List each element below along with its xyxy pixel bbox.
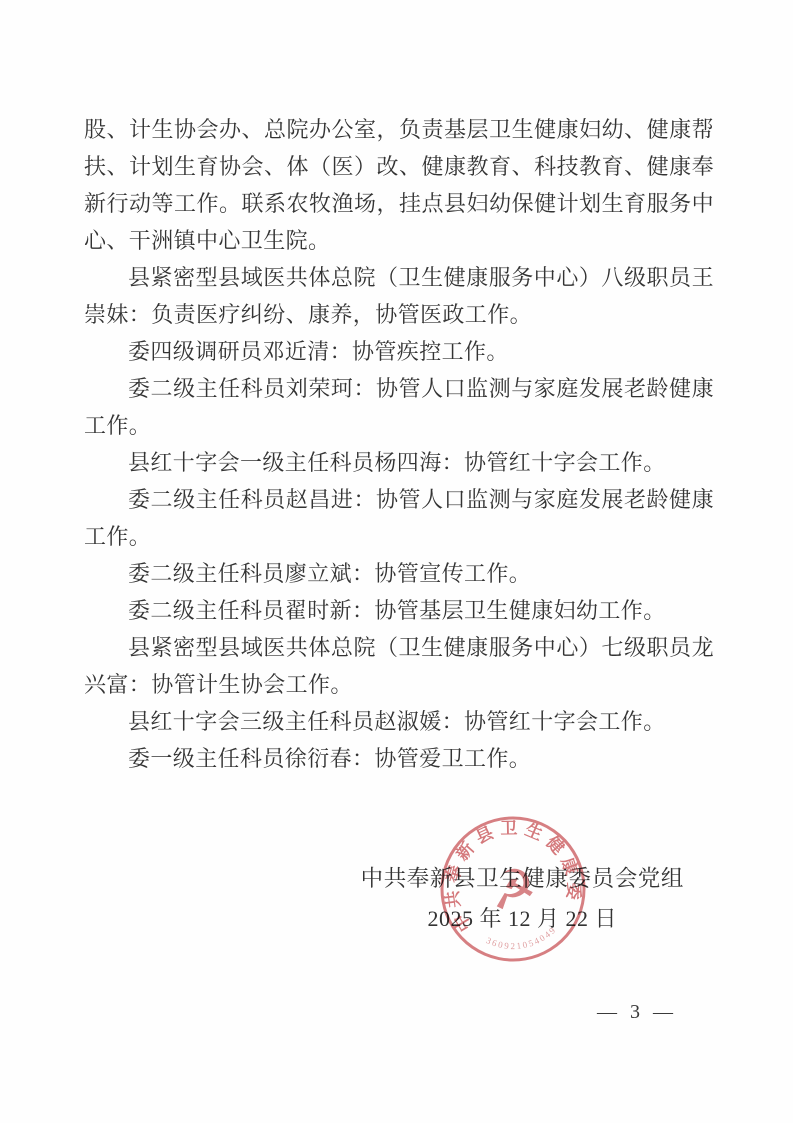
paragraph: 县紧密型县域医共体总院（卫生健康服务中心）八级职员王崇妹：负责医疗纠纷、康养，协…	[84, 259, 714, 333]
paragraph: 委二级主任科员赵昌进：协管人口监测与家庭发展老龄健康工作。	[84, 481, 714, 555]
signature-block: 中共奉新县卫生健康委员会党组 2025 年 12 月 22 日	[361, 861, 684, 933]
paragraph: 委一级主任科员徐衍春：协管爱卫工作。	[84, 740, 714, 777]
paragraph: 县红十字会一级主任科员杨四海：协管红十字会工作。	[84, 444, 714, 481]
paragraph: 股、计生协会办、总院办公室，负责基层卫生健康妇幼、健康帮扶、计划生育协会、体（医…	[84, 111, 714, 259]
signature-org: 中共奉新县卫生健康委员会党组	[361, 861, 684, 893]
paragraph: 县紧密型县域医共体总院（卫生健康服务中心）七级职员龙兴富：协管计生协会工作。	[84, 629, 714, 703]
signature-date: 2025 年 12 月 22 日	[361, 902, 684, 933]
paragraph: 委二级主任科员刘荣珂：协管人口监测与家庭发展老龄健康工作。	[84, 370, 714, 444]
paragraph: 委二级主任科员廖立斌：协管宣传工作。	[84, 555, 714, 592]
document-page: 股、计生协会办、总院办公室，负责基层卫生健康妇幼、健康帮扶、计划生育协会、体（医…	[0, 0, 793, 1123]
page-number: — 3 —	[597, 1001, 677, 1024]
paragraph: 委二级主任科员翟时新：协管基层卫生健康妇幼工作。	[84, 592, 714, 629]
paragraph: 县红十字会三级主任科员赵淑媛：协管红十字会工作。	[84, 703, 714, 740]
paragraph: 委四级调研员邓近清：协管疾控工作。	[84, 333, 714, 370]
document-body: 股、计生协会办、总院办公室，负责基层卫生健康妇幼、健康帮扶、计划生育协会、体（医…	[84, 111, 714, 777]
